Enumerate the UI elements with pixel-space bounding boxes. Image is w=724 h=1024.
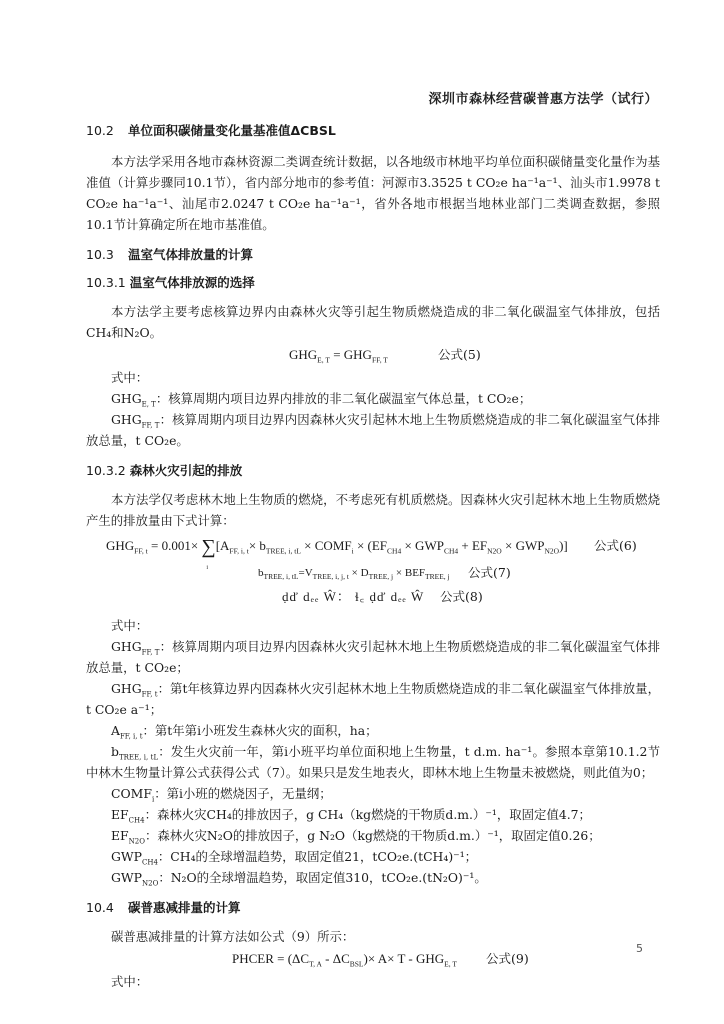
page-content: 10.2单位面积碳储量变化量基准值ΔCBSL 本方法学采用各地市森林资源二类调查… <box>86 117 660 992</box>
formula-label: 公式(9) <box>486 947 529 971</box>
sigma-symbol: ∑i <box>201 536 215 558</box>
section-title: 森林火灾引起的排放 <box>130 463 243 478</box>
document-page: 深圳市森林经营碳普惠方法学（试行） 10.2单位面积碳储量变化量基准值ΔCBSL… <box>0 0 724 1024</box>
paragraph: 碳普惠减排量的计算方法如公式（9）所示： <box>86 926 660 947</box>
paragraph: 本方法学主要考虑核算边界内由森林火灾等引起生物质燃烧造成的非二氧化碳温室气体排放… <box>86 301 660 343</box>
formula-5: GHGE, T = GHGFF, T 公式(5) <box>86 343 660 367</box>
formula-expression: PHCER = (ΔCT, A - ΔCBSL)× A× T - GHGE, T <box>232 947 457 971</box>
definition-item: EFCH4：森林火灾CH₄的排放因子，g CH₄（kg燃烧的干物质d.m.）⁻¹… <box>86 804 660 825</box>
formula-6: GHGFF, t = 0.001× ∑i[AFF, i, t× bTREE, i… <box>86 531 660 561</box>
section-number: 10.3 <box>86 241 128 269</box>
formula-expression: GHGE, T = GHGFF, T <box>289 343 388 367</box>
page-number: 5 <box>636 942 643 955</box>
definition-item: GHGFF, T：核算周期内项目边界内因森林火灾引起林木地上生物质燃烧造成的非二… <box>86 636 660 678</box>
formula-7: bTREE, i, tL=VTREE, i, j, t × DTREE, j ×… <box>86 561 660 585</box>
definition-item: bTREE, i, tL：发生火灾前一年，第i小班平均单位面积地上生物量，t d… <box>86 741 660 783</box>
section-title: 单位面积碳储量变化量基准值ΔCBSL <box>128 123 336 138</box>
section-heading-10-3-2: 10.3.2森林火灾引起的排放 <box>86 457 660 485</box>
formula-9: PHCER = (ΔCT, A - ΔCBSL)× A× T - GHGE, T… <box>86 947 660 971</box>
section-title: 碳普惠减排量的计算 <box>128 900 241 915</box>
section-number: 10.2 <box>86 117 128 145</box>
formula-label: 公式(5) <box>438 343 481 367</box>
definition-item: COMFi：第i小班的燃烧因子，无量纲； <box>86 783 660 804</box>
formula-expression: ḍď dₑₑ Ŵ： ɬ꜀ ḍď dₑₑ Ŵ <box>282 585 424 609</box>
section-heading-10-3-1: 10.3.1温室气体排放源的选择 <box>86 269 660 297</box>
running-header: 深圳市森林经营碳普惠方法学（试行） <box>428 88 658 107</box>
definition-item: EFN2O：森林火灾N₂O的排放因子，g N₂O（kg燃烧的干物质d.m.）⁻¹… <box>86 825 660 846</box>
section-number: 10.3.2 <box>86 463 126 478</box>
section-title: 温室气体排放源的选择 <box>130 275 255 290</box>
definition-item: GHGE, T：核算周期内项目边界内排放的非二氧化碳温室气体总量，t CO₂e； <box>86 388 660 409</box>
section-heading-10-3: 10.3温室气体排放量的计算 <box>86 241 660 269</box>
formula-expression: bTREE, i, tL=VTREE, i, j, t × DTREE, j ×… <box>258 561 450 585</box>
section-number: 10.4 <box>86 894 128 922</box>
paragraph: 本方法学仅考虑林木地上生物质的燃烧，不考虑死有机质燃烧。因森林火灾引起林木地上生… <box>86 489 660 531</box>
section-heading-10-4: 10.4碳普惠减排量的计算 <box>86 894 660 922</box>
definition-item: GWPN2O：N₂O的全球增温趋势，取固定值310，tCO₂e.(tN₂O)⁻¹… <box>86 867 660 888</box>
formula-expression: GHGFF, t = 0.001× ∑i[AFF, i, t× bTREE, i… <box>106 531 568 562</box>
formula-label: 公式(8) <box>440 585 483 609</box>
paragraph: 本方法学采用各地市森林资源二类调查统计数据，以各地级市林地平均单位面积碳储量变化… <box>86 151 660 235</box>
definition-item: GHGFF, T：核算周期内项目边界内因森林火灾引起林木地上生物质燃烧造成的非二… <box>86 409 660 451</box>
definition-item: GHGFF, t：第t年核算边界内因森林火灾引起林木地上生物质燃烧造成的非二氧化… <box>86 678 660 720</box>
section-number: 10.3.1 <box>86 275 126 290</box>
definition-item: AFF, i, t：第t年第i小班发生森林火灾的面积，ha； <box>86 720 660 741</box>
formula-label: 公式(7) <box>468 561 511 585</box>
section-title: 温室气体排放量的计算 <box>128 247 253 262</box>
where-label: 式中： <box>86 615 660 636</box>
where-label: 式中： <box>86 971 660 992</box>
section-heading-10-2: 10.2单位面积碳储量变化量基准值ΔCBSL <box>86 117 660 145</box>
definition-item: GWPCH4：CH₄的全球增温趋势，取固定值21，tCO₂e.(tCH₄)⁻¹； <box>86 846 660 867</box>
formula-8: ḍď dₑₑ Ŵ： ɬ꜀ ḍď dₑₑ Ŵ 公式(8) <box>86 585 660 609</box>
formula-label: 公式(6) <box>594 531 637 561</box>
where-label: 式中： <box>86 367 660 388</box>
